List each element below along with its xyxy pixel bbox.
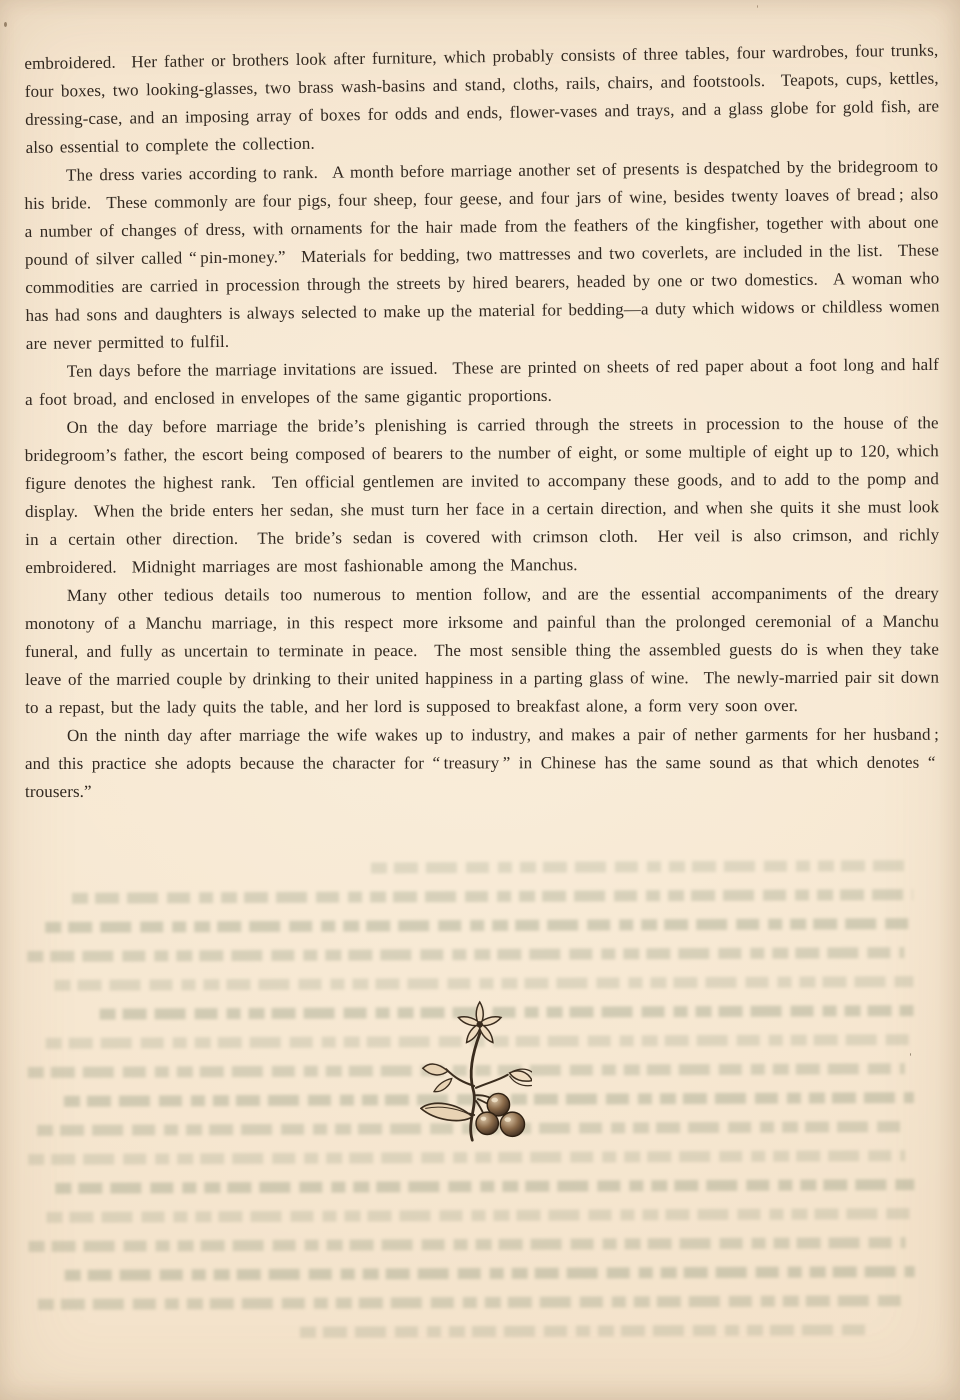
paragraph: On the day before marriage the bride’s p… (25, 409, 940, 582)
paper-foxing-specks (4, 22, 7, 27)
paragraph: The dress varies according to rank. A mo… (24, 152, 940, 358)
body-text: embroidered. Her father or brothers look… (25, 50, 939, 806)
tailpiece-illustration (420, 998, 532, 1146)
nightshade-sprig-engraving-icon (420, 998, 532, 1146)
paragraph: Ten days before the marriage invitations… (25, 351, 939, 414)
paragraph: Many other tedious details too numerous … (25, 580, 939, 722)
book-page: embroidered. Her father or brothers look… (0, 0, 960, 1400)
paragraph: embroidered. Her father or brothers look… (24, 36, 940, 162)
paragraph: On the ninth day after marriage the wife… (25, 721, 939, 806)
